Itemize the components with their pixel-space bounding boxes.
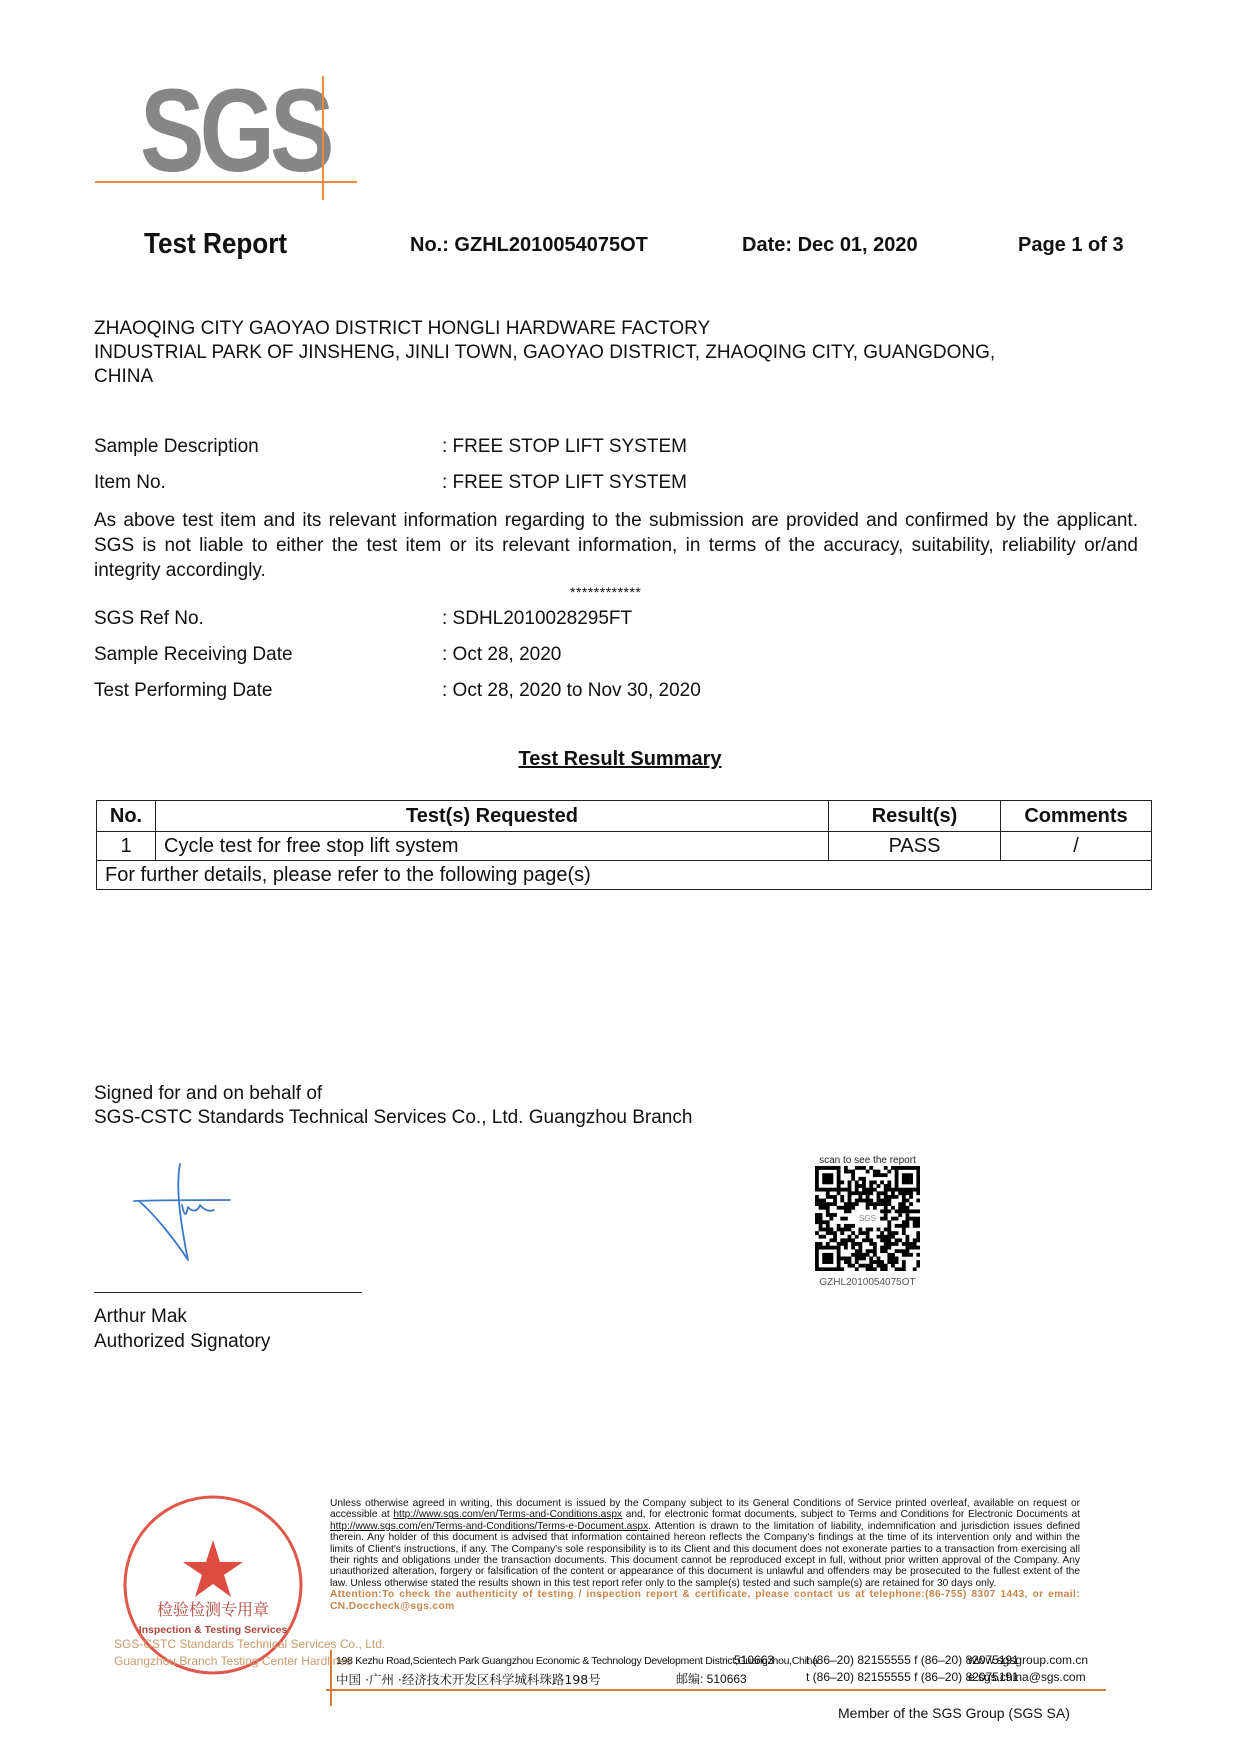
signature-icon: [120, 1160, 250, 1270]
sample-description-label: Sample Description: [94, 436, 259, 458]
item-no-value: : FREE STOP LIFT SYSTEM: [442, 472, 687, 494]
sample-description-value: : FREE STOP LIFT SYSTEM: [442, 436, 687, 458]
signed-line1: Signed for and on behalf of: [94, 1082, 692, 1106]
authenticity-attention: Attention:To check the authenticity of t…: [330, 1589, 1080, 1612]
address-row-cn: 中国 ·广州 ·经济技术开发区科学城科珠路198号 邮编: 510663 t (…: [336, 1670, 1106, 1688]
report-date: Date: Dec 01, 2020: [742, 234, 918, 257]
svg-text:SGS: SGS: [859, 1214, 876, 1223]
sgs-ref-value: : SDHL2010028295FT: [442, 608, 632, 630]
terms-fine-print: Unless otherwise agreed in writing, this…: [330, 1498, 1080, 1612]
cell-no: 1: [97, 832, 156, 861]
further-details-note: For further details, please refer to the…: [97, 861, 1152, 890]
test-result-table: No. Test(s) Requested Result(s) Comments…: [96, 800, 1152, 890]
summary-title: Test Result Summary: [0, 748, 1240, 771]
member-of-sgs: Member of the SGS Group (SGS SA): [838, 1705, 1070, 1721]
separator-stars: ************: [570, 584, 641, 600]
zip-en: 510663: [734, 1653, 774, 1667]
signature-line: [94, 1292, 362, 1293]
qr-caption: scan to see the report: [815, 1155, 920, 1166]
qr-code-icon[interactable]: SGS: [815, 1166, 920, 1271]
table-footer-row: For further details, please refer to the…: [97, 861, 1152, 890]
column-header-comments: Comments: [1001, 801, 1152, 832]
client-block: ZHAOQING CITY GAOYAO DISTRICT HONGLI HAR…: [94, 317, 1154, 389]
svg-text:Inspection & Testing Services: Inspection & Testing Services: [139, 1624, 288, 1636]
cell-test: Cycle test for free stop lift system: [156, 832, 829, 861]
sgs-ref-label: SGS Ref No.: [94, 608, 204, 630]
stamp-caption-line1: SGS-CSTC Standards Technical Services Co…: [114, 1636, 385, 1653]
logo-accent-vertical-line: [322, 76, 324, 200]
logo-accent-horizontal-line: [95, 181, 357, 183]
signer-name: Arthur Mak: [94, 1304, 270, 1329]
receiving-date-value: : Oct 28, 2020: [442, 644, 561, 666]
svg-text:检验检测专用章: 检验检测专用章: [157, 1600, 269, 1619]
receiving-date-label: Sample Receiving Date: [94, 644, 293, 666]
signed-line2: SGS-CSTC Standards Technical Services Co…: [94, 1106, 692, 1130]
performing-date-label: Test Performing Date: [94, 680, 272, 702]
e-document-terms-link[interactable]: http://www.sgs.com/en/Terms-and-Conditio…: [330, 1521, 648, 1532]
applicant-disclaimer: As above test item and its relevant info…: [94, 508, 1138, 583]
report-number: No.: GZHL2010054075OT: [410, 234, 648, 257]
address-row-en: 198 Kezhu Road,Scientech Park Guangzhou …: [336, 1653, 1106, 1667]
item-no-label: Item No.: [94, 472, 166, 494]
column-header-result: Result(s): [829, 801, 1001, 832]
footer-accent-vertical-line: [330, 1650, 332, 1706]
qr-report-code: GZHL2010054075OT: [815, 1277, 920, 1288]
cell-comments: /: [1001, 832, 1152, 861]
signed-on-behalf: Signed for and on behalf of SGS-CSTC Sta…: [94, 1082, 692, 1130]
signer-block: Arthur Mak Authorized Signatory: [94, 1304, 270, 1354]
client-name: ZHAOQING CITY GAOYAO DISTRICT HONGLI HAR…: [94, 317, 1154, 341]
fine-print-part2: and, for electronic format documents, su…: [622, 1509, 1080, 1520]
email-link[interactable]: e sgs.china@sgs.com: [968, 1670, 1086, 1684]
signer-title: Authorized Signatory: [94, 1329, 270, 1354]
client-address-line2: CHINA: [94, 365, 1154, 389]
cell-result: PASS: [829, 832, 1001, 861]
website-link[interactable]: www.sgsgroup.com.cn: [968, 1653, 1088, 1667]
performing-date-value: : Oct 28, 2020 to Nov 30, 2020: [442, 680, 701, 702]
page-indicator: Page 1 of 3: [1018, 234, 1124, 257]
terms-link[interactable]: http://www.sgs.com/en/Terms-and-Conditio…: [393, 1509, 622, 1520]
zip-cn: 邮编: 510663: [676, 1670, 747, 1687]
column-header-no: No.: [97, 801, 156, 832]
qr-block: scan to see the report SGS GZHL201005407…: [815, 1155, 920, 1288]
report-title: Test Report: [144, 228, 287, 261]
footer-accent-horizontal-line: [326, 1689, 1106, 1691]
sgs-logo: SGS: [140, 72, 330, 190]
column-header-test: Test(s) Requested: [156, 801, 829, 832]
client-address-line1: INDUSTRIAL PARK OF JINSHENG, JINLI TOWN,…: [94, 341, 1154, 365]
address-cn: 中国 ·广州 ·经济技术开发区科学城科珠路198号: [336, 1672, 601, 1687]
table-header-row: No. Test(s) Requested Result(s) Comments: [97, 801, 1152, 832]
table-row: 1 Cycle test for free stop lift system P…: [97, 832, 1152, 861]
